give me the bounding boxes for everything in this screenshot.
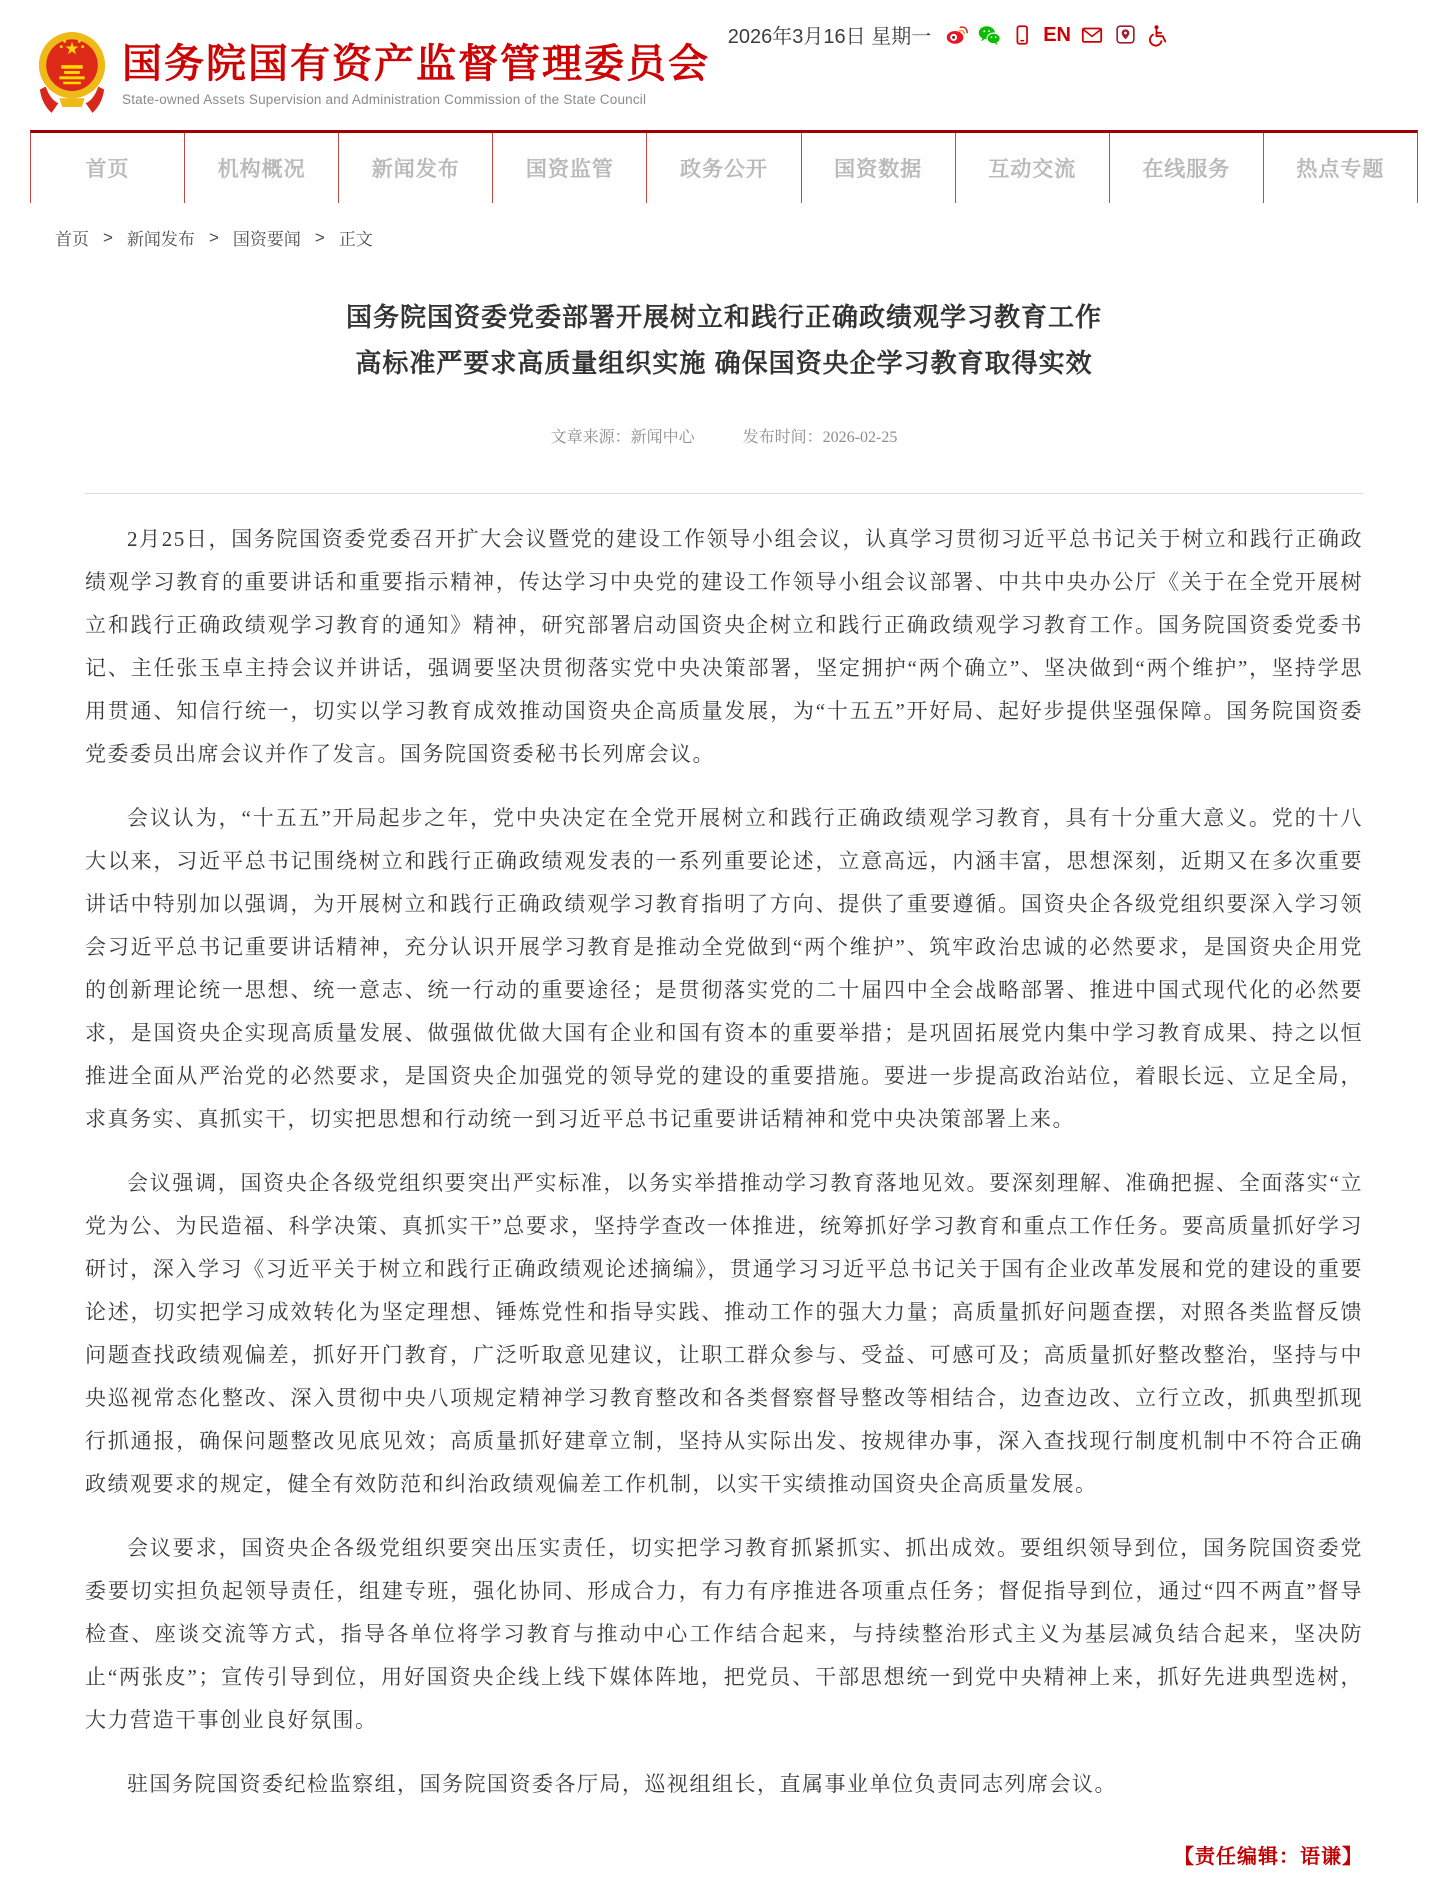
article-title-line2: 高标准严要求高质量组织实施 确保国资央企学习教育取得实效: [85, 340, 1363, 386]
site-name-block: 国务院国有资产监督管理委员会 State-owned Assets Superv…: [122, 41, 710, 107]
breadcrumb-sasac-news[interactable]: 国资要闻: [233, 225, 301, 250]
nav-item-home[interactable]: 首页: [31, 133, 185, 203]
accessibility-icon[interactable]: [1146, 23, 1170, 47]
weibo-icon[interactable]: [944, 23, 968, 47]
topbar: 2026年3月16日 星期一: [728, 20, 1170, 49]
article-source: 文章来源：新闻中心: [551, 429, 695, 446]
nav-item-news[interactable]: 新闻发布: [339, 133, 493, 203]
site-header: 国务院国有资产监督管理委员会 State-owned Assets Superv…: [0, 0, 1448, 130]
article-publish-time: 发布时间：2026-02-25: [743, 429, 898, 446]
site-subtitle: State-owned Assets Supervision and Admin…: [122, 92, 710, 107]
nav-item-about[interactable]: 机构概况: [185, 133, 339, 203]
article-title: 国务院国资委党委部署开展树立和践行正确政绩观学习教育工作 高标准严要求高质量组织…: [85, 294, 1363, 386]
mail-icon[interactable]: [1080, 23, 1104, 47]
nav-item-interaction[interactable]: 互动交流: [956, 133, 1110, 203]
article-body: 2月25日，国务院国资委党委召开扩大会议暨党的建设工作领导小组会议，认真学习贯彻…: [85, 518, 1363, 1806]
breadcrumb-news[interactable]: 新闻发布: [127, 225, 195, 250]
mobile-icon[interactable]: [1010, 23, 1034, 47]
site-title: 国务院国有资产监督管理委员会: [122, 41, 710, 87]
nav-item-gov-affairs[interactable]: 政务公开: [647, 133, 801, 203]
article-paragraph: 会议强调，国资央企各级党组织要突出严实标准，以务实举措推动学习教育落地见效。要深…: [85, 1162, 1363, 1506]
wechat-icon[interactable]: [977, 23, 1001, 47]
nav-item-online-service[interactable]: 在线服务: [1110, 133, 1264, 203]
breadcrumb-separator: >: [209, 228, 219, 248]
breadcrumb-separator: >: [103, 228, 113, 248]
article-paragraph: 会议要求，国资央企各级党组织要突出压实责任，切实把学习教育抓紧抓实、抓出成效。要…: [85, 1527, 1363, 1742]
current-date: 2026年3月16日 星期一: [728, 20, 931, 49]
article-title-line1: 国务院国资委党委部署开展树立和践行正确政绩观学习教育工作: [85, 294, 1363, 340]
divider: [85, 493, 1363, 494]
nav-item-supervision[interactable]: 国资监管: [493, 133, 647, 203]
breadcrumb-home[interactable]: 首页: [55, 225, 89, 250]
article-paragraph: 会议认为，“十五五”开局起步之年，党中央决定在全党开展树立和践行正确政绩观学习教…: [85, 797, 1363, 1141]
language-en-link[interactable]: EN: [1043, 23, 1071, 47]
article-paragraph: 2月25日，国务院国资委党委召开扩大会议暨党的建设工作领导小组会议，认真学习贯彻…: [85, 518, 1363, 776]
location-icon[interactable]: [1113, 23, 1137, 47]
breadcrumb-separator: >: [315, 228, 325, 248]
breadcrumb: 首页 > 新闻发布 > 国资要闻 > 正文: [55, 225, 1448, 250]
site-logo[interactable]: 国务院国有资产监督管理委员会 State-owned Assets Superv…: [35, 28, 710, 119]
article-meta: 文章来源：新闻中心 发布时间：2026-02-25: [85, 424, 1363, 447]
article: 国务院国资委党委部署开展树立和践行正确政绩观学习教育工作 高标准严要求高质量组织…: [85, 294, 1363, 1869]
national-emblem-icon: [35, 28, 109, 119]
editor-credit: 【责任编辑：语谦】: [85, 1840, 1363, 1869]
main-nav: 首页 机构概况 新闻发布 国资监管 政务公开 国资数据 互动交流 在线服务 热点…: [30, 130, 1418, 203]
nav-item-data[interactable]: 国资数据: [802, 133, 956, 203]
breadcrumb-current: 正文: [339, 225, 373, 250]
article-paragraph: 驻国务院国资委纪检监察组，国务院国资委各厅局，巡视组组长，直属事业单位负责同志列…: [85, 1763, 1363, 1806]
nav-item-hot-topics[interactable]: 热点专题: [1264, 133, 1417, 203]
